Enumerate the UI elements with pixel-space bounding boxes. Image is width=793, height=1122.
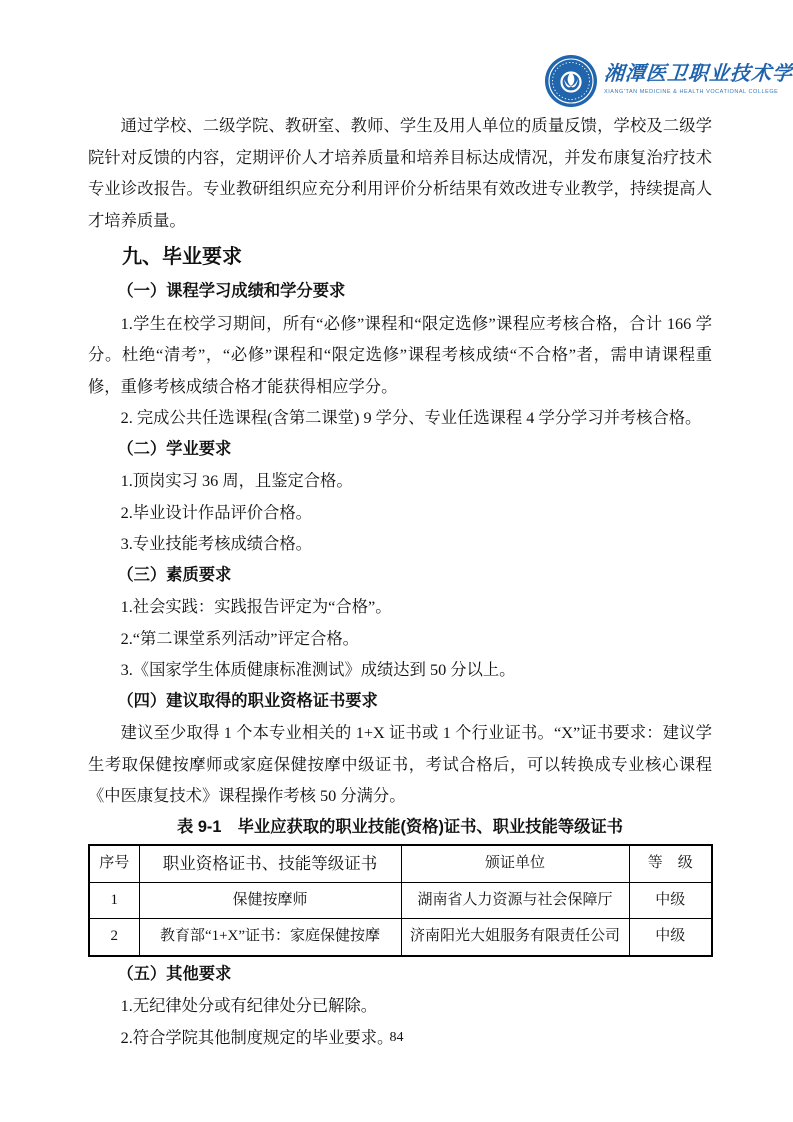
document-page: 湘潭医卫职业技术学院 XIANG'TAN MEDICINE & HEALTH V… xyxy=(0,0,793,1122)
table-cell: 保健按摩师 xyxy=(139,882,401,919)
heading-section-1: （一）课程学习成绩和学分要求 xyxy=(88,276,712,308)
table-cell: 中级 xyxy=(629,882,712,919)
table-caption: 表 9-1 毕业应获取的职业技能(资格)证书、职业技能等级证书 xyxy=(88,812,712,844)
table-header-cell: 等 级 xyxy=(629,845,712,882)
list-item-academic-2: 2.毕业设计作品评价合格。 xyxy=(88,497,712,529)
table-cell: 2 xyxy=(89,919,139,956)
table-row: 2 教育部“1+X”证书：家庭保健按摩 济南阳光大姐服务有限责任公司 中级 xyxy=(89,919,712,956)
table-header-cell: 职业资格证书、技能等级证书 xyxy=(139,845,401,882)
certificate-table: 序号 职业资格证书、技能等级证书 颁证单位 等 级 1 保健按摩师 湖南省人力资… xyxy=(88,844,713,957)
college-name-cn: 湘潭医卫职业技术学院 xyxy=(603,62,793,86)
college-logo: 湘潭医卫职业技术学院 XIANG'TAN MEDICINE & HEALTH V… xyxy=(545,55,793,107)
paragraph-credits-1: 1.学生在校学习期间，所有“必修”课程和“限定选修”课程应考核合格，合计 166… xyxy=(88,308,712,403)
heading-section-4: （四）建议取得的职业资格证书要求 xyxy=(88,686,712,718)
heading-graduation-requirements: 九、毕业要求 xyxy=(88,240,712,274)
heading-section-2: （二）学业要求 xyxy=(88,434,712,466)
table-cell: 教育部“1+X”证书：家庭保健按摩 xyxy=(139,919,401,956)
table-cell: 济南阳光大姐服务有限责任公司 xyxy=(401,919,629,956)
table-cell: 湖南省人力资源与社会保障厅 xyxy=(401,882,629,919)
table-header-cell: 颁证单位 xyxy=(401,845,629,882)
list-item-quality-3: 3.《国家学生体质健康标准测试》成绩达到 50 分以上。 xyxy=(88,654,712,686)
table-row: 1 保健按摩师 湖南省人力资源与社会保障厅 中级 xyxy=(89,882,712,919)
list-item-academic-1: 1.顶岗实习 36 周，且鉴定合格。 xyxy=(88,465,712,497)
heading-section-3: （三）素质要求 xyxy=(88,560,712,592)
document-content: 通过学校、二级学院、教研室、教师、学生及用人单位的质量反馈，学校及二级学院针对反… xyxy=(88,110,712,1053)
paragraph-certificate-advice: 建议至少取得 1 个本专业相关的 1+X 证书或 1 个行业证书。“X”证书要求… xyxy=(88,717,712,812)
table-header-row: 序号 职业资格证书、技能等级证书 颁证单位 等 级 xyxy=(89,845,712,882)
college-emblem-icon xyxy=(545,55,597,107)
paragraph-credits-2: 2. 完成公共任选课程(含第二课堂) 9 学分、专业任选课程 4 学分学习并考核… xyxy=(88,402,712,434)
paragraph-quality-feedback: 通过学校、二级学院、教研室、教师、学生及用人单位的质量反馈，学校及二级学院针对反… xyxy=(88,110,712,236)
table-cell: 中级 xyxy=(629,919,712,956)
list-item-academic-3: 3.专业技能考核成绩合格。 xyxy=(88,528,712,560)
page-number: 84 xyxy=(0,1029,793,1047)
list-item-quality-1: 1.社会实践：实践报告评定为“合格”。 xyxy=(88,591,712,623)
list-item-other-1: 1.无纪律处分或有纪律处分已解除。 xyxy=(88,990,712,1022)
table-header-cell: 序号 xyxy=(89,845,139,882)
heading-section-5: （五）其他要求 xyxy=(88,959,712,991)
list-item-quality-2: 2.“第二课堂系列活动”评定合格。 xyxy=(88,623,712,655)
table-cell: 1 xyxy=(89,882,139,919)
college-name-en: XIANG'TAN MEDICINE & HEALTH VOCATIONAL C… xyxy=(604,89,793,95)
college-name-block: 湘潭医卫职业技术学院 XIANG'TAN MEDICINE & HEALTH V… xyxy=(604,55,793,95)
